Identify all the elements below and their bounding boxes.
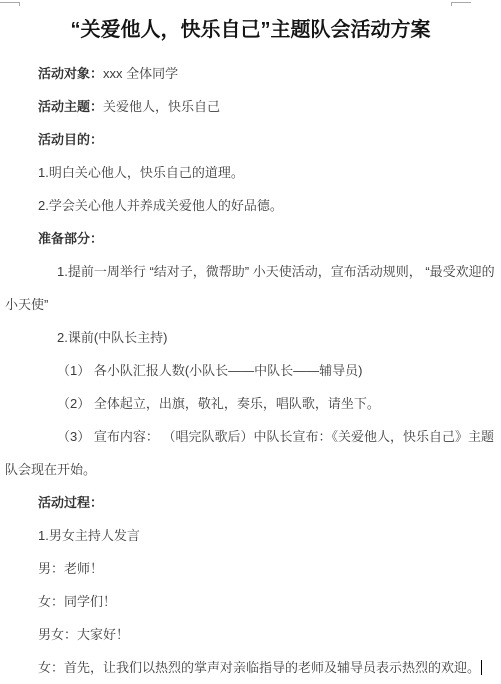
paragraph-text: 2.课前(中队长主持) xyxy=(57,330,168,345)
margin-crop-mark-right-icon xyxy=(451,2,471,3)
paragraph-text: 1.提前一周举行 “结对子，微帮助” 小天使活动，宣布活动规则， “最受欢迎的小… xyxy=(5,264,495,312)
paragraph-label: 准备部分： xyxy=(38,231,103,246)
paragraph: 女：同学们！ xyxy=(5,585,495,618)
paragraph-text: （2） 全体起立，出旗，敬礼，奏乐，唱队歌，请坐下。 xyxy=(57,396,380,411)
paragraph: 活动对象：xxx 全体同学 xyxy=(5,57,495,90)
paragraph-text: 1.男女主持人发言 xyxy=(38,528,140,543)
paragraph-text: （3） 宣布内容： （唱完队歌后）中队长宣布：《关爱他人，快乐自己》主题队会现在… xyxy=(5,429,494,477)
paragraph: （2） 全体起立，出旗，敬礼，奏乐，唱队歌，请坐下。 xyxy=(5,387,495,420)
margin-crop-mark-left-icon xyxy=(19,2,20,6)
document-body[interactable]: 活动对象：xxx 全体同学 活动主题：关爱他人，快乐自己 活动目的： 1.明白关… xyxy=(0,57,501,684)
paragraph-text: 男：老师！ xyxy=(38,561,103,576)
paragraph-label: 活动目的： xyxy=(38,132,103,147)
paragraph: 1.提前一周举行 “结对子，微帮助” 小天使活动，宣布活动规则， “最受欢迎的小… xyxy=(5,255,495,321)
paragraph: 活动主题：关爱他人，快乐自己 xyxy=(5,90,495,123)
paragraph-label: 活动对象： xyxy=(38,66,103,81)
paragraph-text: 女：同学们！ xyxy=(38,594,116,609)
paragraph-text: 1.明白关心他人，快乐自己的道理。 xyxy=(38,165,244,180)
paragraph-text: xxx 全体同学 xyxy=(103,66,178,81)
document-page: “关爱他人，快乐自己”主题队会活动方案 活动对象：xxx 全体同学 活动主题：关… xyxy=(0,0,501,684)
paragraph: 男：老师！ xyxy=(5,552,495,585)
margin-crop-mark-left-icon xyxy=(0,2,20,3)
paragraph-text: 女：首先，让我们以热烈的掌声对亲临指导的老师及辅导员表示热烈的欢迎。 xyxy=(38,660,480,675)
paragraph-label: 活动过程： xyxy=(38,495,103,510)
paragraph: 女：首先，让我们以热烈的掌声对亲临指导的老师及辅导员表示热烈的欢迎。 xyxy=(5,651,495,684)
paragraph: 活动目的： xyxy=(5,123,495,156)
paragraph: 男女：大家好！ xyxy=(5,618,495,651)
paragraph-text: （1） 各小队汇报人数(小队长——中队长——辅导员) xyxy=(57,363,363,378)
paragraph-text: 关爱他人，快乐自己 xyxy=(103,99,220,114)
paragraph: 活动过程： xyxy=(5,486,495,519)
paragraph-text: 2.学会关心他人并养成关爱他人的好品德。 xyxy=(38,198,283,213)
text-cursor xyxy=(481,660,482,675)
paragraph-label: 活动主题： xyxy=(38,99,103,114)
paragraph: （1） 各小队汇报人数(小队长——中队长——辅导员) xyxy=(5,354,495,387)
paragraph: 1.明白关心他人，快乐自己的道理。 xyxy=(5,156,495,189)
paragraph: 准备部分： xyxy=(5,222,495,255)
paragraph: 2.课前(中队长主持) xyxy=(5,321,495,354)
margin-crop-mark-right-icon xyxy=(451,2,452,6)
paragraph: （3） 宣布内容： （唱完队歌后）中队长宣布：《关爱他人，快乐自己》主题队会现在… xyxy=(5,420,495,486)
paragraph: 2.学会关心他人并养成关爱他人的好品德。 xyxy=(5,189,495,222)
paragraph: 1.男女主持人发言 xyxy=(5,519,495,552)
paragraph-text: 男女：大家好！ xyxy=(38,627,129,642)
document-title: “关爱他人，快乐自己”主题队会活动方案 xyxy=(6,16,495,44)
